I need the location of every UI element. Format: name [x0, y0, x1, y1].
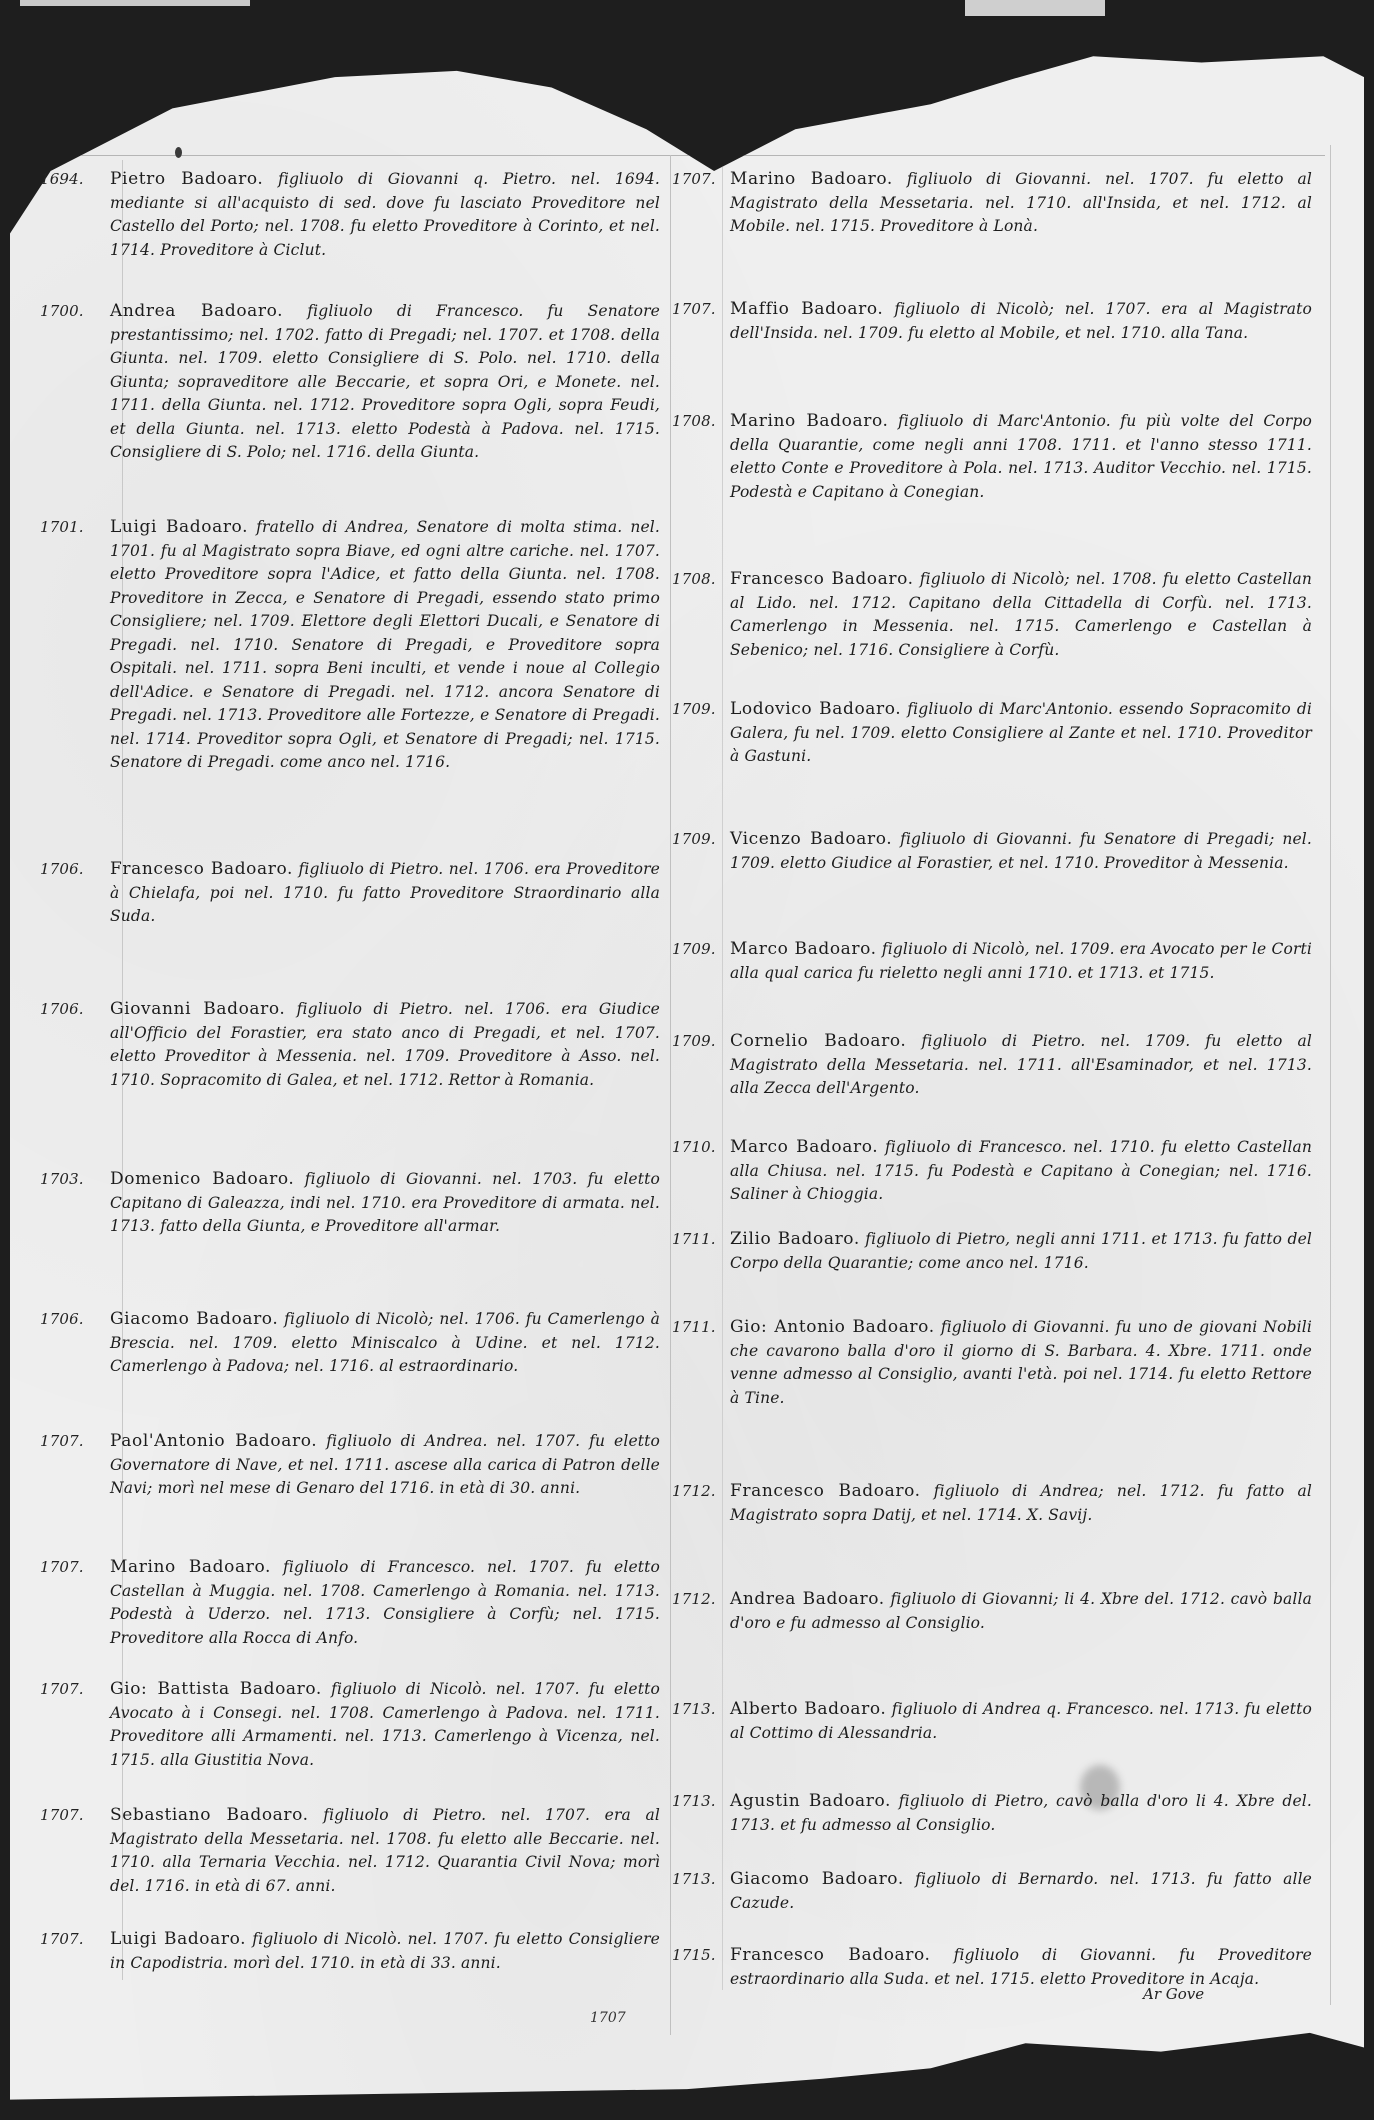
- register-entry: 1709. Lodovico Badoaro. figliuolo di Mar…: [672, 698, 1312, 769]
- register-entry: 1707. Marino Badoaro. figliuolo di Franc…: [40, 1556, 660, 1650]
- entry-name: Sebastiano Badoaro.: [110, 1805, 309, 1825]
- register-entry: 1694. Pietro Badoaro. figliuolo di Giova…: [40, 168, 660, 262]
- register-entry: 1713. Agustin Badoaro. figliuolo di Piet…: [672, 1790, 1312, 1837]
- entry-name: Francesco Badoaro.: [730, 1481, 921, 1501]
- entry-name: Cornelio Badoaro.: [730, 1031, 906, 1051]
- entry-name: Domenico Badoaro.: [110, 1169, 294, 1189]
- entry-name: Vicenzo Badoaro.: [730, 829, 892, 849]
- register-entry: 1706. Giacomo Badoaro. figliuolo di Nico…: [40, 1308, 660, 1379]
- paper-tab-right: [965, 0, 1105, 16]
- entry-year: 1713.: [672, 1868, 728, 1892]
- entry-name: Giacomo Badoaro.: [730, 1869, 904, 1889]
- register-entry: 1711. Gio: Antonio Badoaro. figliuolo di…: [672, 1316, 1312, 1410]
- entry-name: Pietro Badoaro.: [110, 169, 263, 189]
- entry-year: 1706.: [40, 858, 108, 882]
- entry-name: Gio: Battista Badoaro.: [110, 1679, 322, 1699]
- entry-year: 1713.: [672, 1790, 728, 1814]
- entry-name: Marco Badoaro.: [730, 939, 877, 959]
- entry-name: Giovanni Badoaro.: [110, 999, 285, 1019]
- entry-name: Luigi Badoaro.: [110, 1929, 246, 1949]
- entry-year: 1709.: [672, 828, 728, 852]
- entry-year: 1709.: [672, 1030, 728, 1054]
- entry-year: 1715.: [672, 1944, 728, 1968]
- entry-year: 1707.: [40, 1430, 108, 1454]
- register-entry: 1712. Francesco Badoaro. figliuolo di An…: [672, 1480, 1312, 1527]
- entry-year: 1707.: [40, 1556, 108, 1580]
- entry-name: Marino Badoaro.: [110, 1557, 271, 1577]
- right-edge-line: [1330, 145, 1331, 2005]
- entry-year: 1709.: [672, 698, 728, 722]
- entry-name: Francesco Badoaro.: [730, 569, 914, 589]
- entry-year: 1707.: [40, 1678, 108, 1702]
- entry-year: 1712.: [672, 1588, 728, 1612]
- entry-year: 1707.: [672, 298, 728, 322]
- entry-name: Marino Badoaro.: [730, 169, 893, 189]
- entry-name: Gio: Antonio Badoaro.: [730, 1317, 935, 1337]
- register-entry: 1701. Luigi Badoaro. fratello di Andrea,…: [40, 516, 660, 775]
- register-entry: 1715. Francesco Badoaro. figliuolo di Gi…: [672, 1944, 1312, 1991]
- entry-name: Lodovico Badoaro.: [730, 699, 901, 719]
- entry-name: Zilio Badoaro.: [730, 1229, 860, 1249]
- entry-year: 1711.: [672, 1316, 728, 1340]
- entry-name: Luigi Badoaro.: [110, 517, 248, 537]
- entry-year: 1708.: [672, 410, 728, 434]
- entry-year: 1701.: [40, 516, 108, 540]
- entry-name: Andrea Badoaro.: [730, 1589, 885, 1609]
- register-entry: 1707. Paol'Antonio Badoaro. figliuolo di…: [40, 1430, 660, 1501]
- entry-year: 1709.: [672, 938, 728, 962]
- register-entry: 1713. Giacomo Badoaro. figliuolo di Bern…: [672, 1868, 1312, 1915]
- register-entry: 1713. Alberto Badoaro. figliuolo di Andr…: [672, 1698, 1312, 1745]
- entry-name: Marco Badoaro.: [730, 1137, 878, 1157]
- register-entry: 1707. Marino Badoaro. figliuolo di Giova…: [672, 168, 1312, 239]
- register-entry: 1708. Marino Badoaro. figliuolo di Marc'…: [672, 410, 1312, 504]
- catchword: 1707: [590, 2010, 626, 2026]
- register-entry: 1710. Marco Badoaro. figliuolo di France…: [672, 1136, 1312, 1207]
- entry-name: Paol'Antonio Badoaro.: [110, 1431, 317, 1451]
- register-entry: 1711. Zilio Badoaro. figliuolo di Pietro…: [672, 1228, 1312, 1275]
- register-entry: 1700. Andrea Badoaro. figliuolo di Franc…: [40, 300, 660, 465]
- register-entry: 1708. Francesco Badoaro. figliuolo di Ni…: [672, 568, 1312, 662]
- register-entry: 1707. Sebastiano Badoaro. figliuolo di P…: [40, 1804, 660, 1898]
- entry-year: 1713.: [672, 1698, 728, 1722]
- entry-name: Francesco Badoaro.: [110, 859, 293, 879]
- entry-year: 1700.: [40, 300, 108, 324]
- entry-year: 1707.: [672, 168, 728, 192]
- entry-name: Alberto Badoaro.: [730, 1699, 886, 1719]
- entry-year: 1694.: [40, 168, 108, 192]
- entry-year: 1712.: [672, 1480, 728, 1504]
- entry-name: Giacomo Badoaro.: [110, 1309, 278, 1329]
- column-gutter-line: [670, 155, 671, 2035]
- entry-name: Francesco Badoaro.: [730, 1945, 931, 1965]
- entry-name: Agustin Badoaro.: [730, 1791, 891, 1811]
- register-entry: 1707. Gio: Battista Badoaro. figliuolo d…: [40, 1678, 660, 1772]
- entry-year: 1711.: [672, 1228, 728, 1252]
- entry-year: 1703.: [40, 1168, 108, 1192]
- register-entry: 1706. Francesco Badoaro. figliuolo di Pi…: [40, 858, 660, 929]
- entry-name: Maffio Badoaro.: [730, 299, 883, 319]
- register-entry: 1707. Maffio Badoaro. figliuolo di Nicol…: [672, 298, 1312, 345]
- top-ruled-line: [35, 155, 1325, 156]
- register-entry: 1712. Andrea Badoaro. figliuolo di Giova…: [672, 1588, 1312, 1635]
- entry-text: fratello di Andrea, Senatore di molta st…: [110, 518, 660, 771]
- entry-text: figliuolo di Francesco. fu Senatore pres…: [110, 302, 660, 461]
- entry-year: 1708.: [672, 568, 728, 592]
- entry-year: 1707.: [40, 1928, 108, 1952]
- register-entry: 1706. Giovanni Badoaro. figliuolo di Pie…: [40, 998, 660, 1092]
- ink-blot-mark: [175, 147, 182, 158]
- entry-year: 1706.: [40, 998, 108, 1022]
- register-entry: 1709. Marco Badoaro. figliuolo di Nicolò…: [672, 938, 1312, 985]
- register-entry: 1709. Vicenzo Badoaro. figliuolo di Giov…: [672, 828, 1312, 875]
- register-entry: 1709. Cornelio Badoaro. figliuolo di Pie…: [672, 1030, 1312, 1101]
- paper-tab-left: [20, 0, 250, 6]
- entry-name: Andrea Badoaro.: [110, 301, 283, 321]
- entry-name: Marino Badoaro.: [730, 411, 888, 431]
- entry-year: 1710.: [672, 1136, 728, 1160]
- register-entry: 1707. Luigi Badoaro. figliuolo di Nicolò…: [40, 1928, 660, 1975]
- entry-year: 1707.: [40, 1804, 108, 1828]
- register-entry: 1703. Domenico Badoaro. figliuolo di Gio…: [40, 1168, 660, 1239]
- entry-year: 1706.: [40, 1308, 108, 1332]
- signature: Ar Gove: [1143, 1985, 1204, 2003]
